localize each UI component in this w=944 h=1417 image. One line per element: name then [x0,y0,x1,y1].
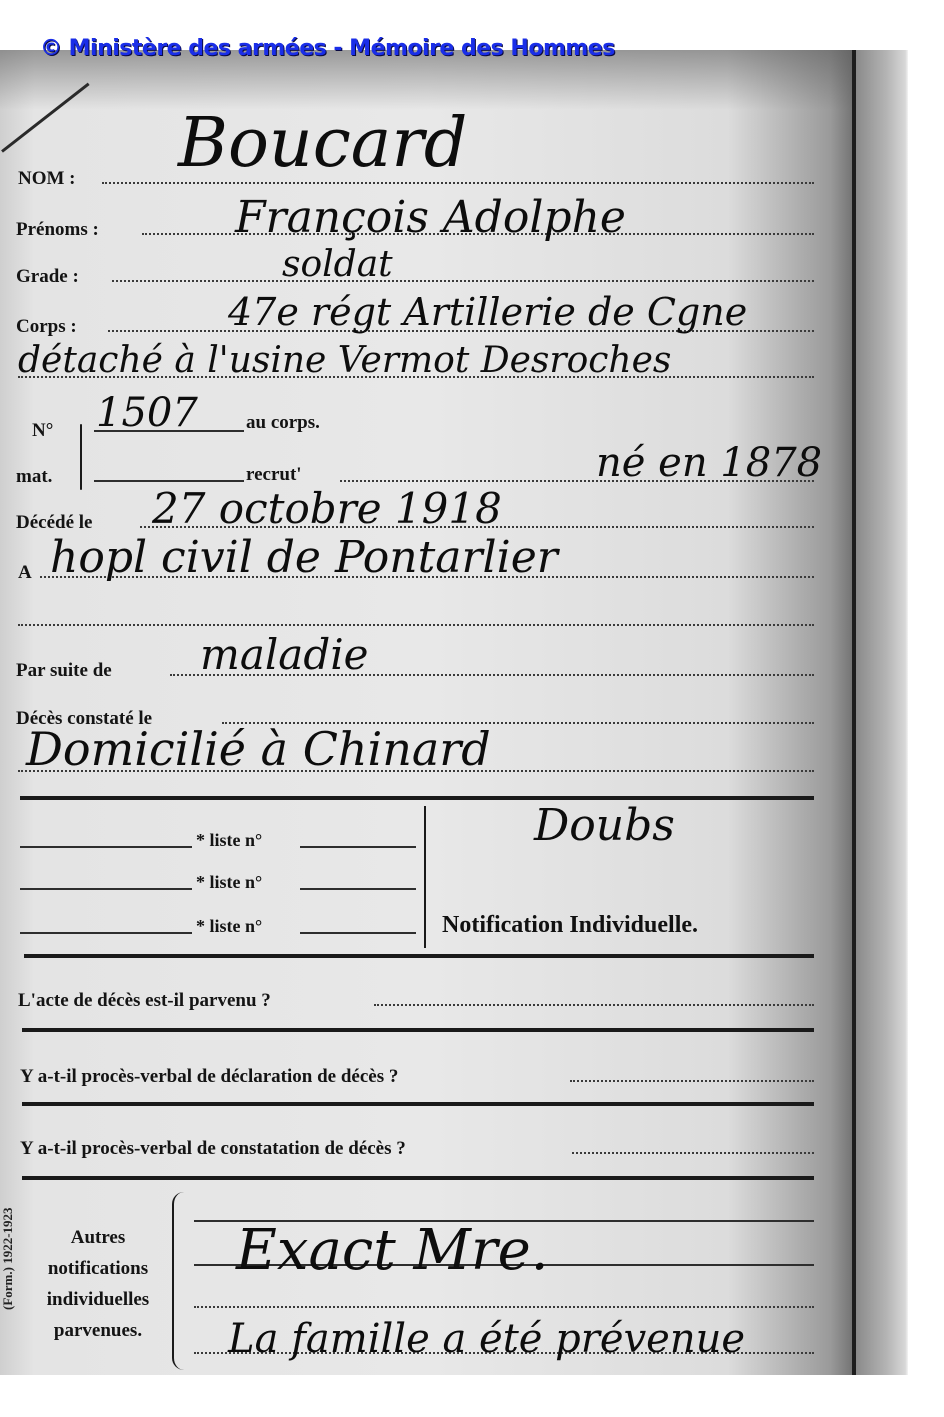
au-corps-label: au corps. [246,412,320,434]
autres-notifications-label: Autres notifications individuelles parve… [18,1222,178,1346]
decede-label: Décédé le [16,512,92,534]
autres-value-1: Exact Mre. [236,1218,549,1283]
listes-divider [424,806,426,948]
autres-value-2: La famille a été prévenue [228,1316,745,1362]
par-suite-label: Par suite de [16,660,112,682]
pv-declaration-line [570,1080,814,1082]
lieu-label: A [18,562,32,584]
recrut-label: recrut' [246,464,302,486]
form-reference-vertical: (Form.) 1922-1923 [0,1207,16,1310]
liste-2-right-line [300,888,416,890]
liste-3-left-line [20,932,192,934]
pv-constatation-rule [22,1176,814,1180]
acte-deces-line [374,1004,814,1006]
pv-declaration-rule [22,1102,814,1106]
acte-deces-rule [22,1028,814,1032]
autres-line-2: notifications [18,1253,178,1284]
liste-1-right-line [300,846,416,848]
decede-value: 27 octobre 1918 [152,484,502,533]
matricule-label: mat. [16,466,52,488]
section-divider [20,796,814,800]
domicile-value: Domicilié à Chinard [26,722,491,776]
numero-label: N° [32,420,53,442]
acte-deces-label: L'acte de décès est-il parvenu ? [18,990,271,1012]
liste-1-label: * liste n° [196,830,262,851]
liste-2-label: * liste n° [196,872,262,893]
autres-line-3: individuelles [18,1284,178,1315]
recrut-blank-line [94,480,244,482]
autres-line-1: Autres [18,1222,178,1253]
scan-margin [856,50,908,1375]
au-corps-value: 1507 [96,390,198,436]
notification-title: Notification Individuelle. [442,912,698,939]
prenoms-label: Prénoms : [16,219,99,241]
section-divider-2 [24,954,814,958]
pv-declaration-label: Y a-t-il procès-verbal de déclaration de… [20,1066,398,1088]
departement-value: Doubs [534,800,675,851]
pv-constatation-label: Y a-t-il procès-verbal de constatation d… [20,1138,406,1160]
grade-label: Grade : [16,266,79,288]
corps-label: Corps : [16,316,77,338]
blank-line [18,624,814,626]
liste-2-left-line [20,888,192,890]
grade-value: soldat [282,244,393,285]
grade-line [112,280,814,282]
corps-value: 47e régt Artillerie de Cgne [228,290,747,334]
pv-constatation-line [572,1152,814,1154]
autres-brace [172,1192,188,1370]
liste-3-right-line [300,932,416,934]
autres-line-c [194,1306,814,1308]
lieu-value: hopl civil de Pontarlier [50,532,558,583]
copyright-watermark: © Ministère des armées - Mémoire des Hom… [40,36,615,61]
autres-line-4: parvenues. [18,1315,178,1346]
liste-3-label: * liste n° [196,916,262,937]
prenoms-value: François Adolphe [235,192,626,243]
par-suite-value: maladie [200,630,369,679]
corps-value-line2: détaché à l'usine Vermot Desroches [18,340,671,381]
numero-brace [80,424,82,490]
liste-1-left-line [20,846,192,848]
recrut-value: né en 1878 [596,440,822,486]
nom-label: NOM : [18,168,76,190]
nom-value: Boucard [178,104,467,183]
